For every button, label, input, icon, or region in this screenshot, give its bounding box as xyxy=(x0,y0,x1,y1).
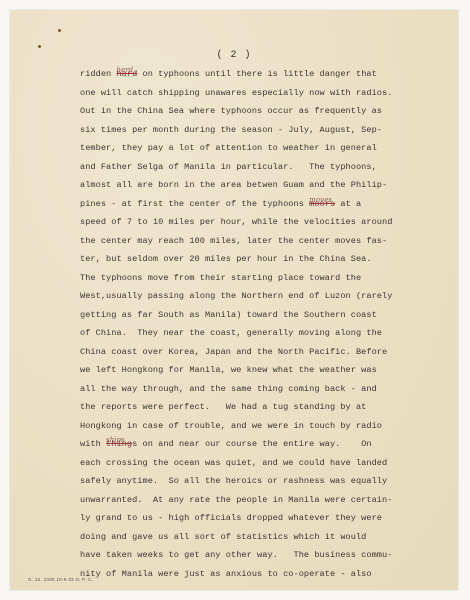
text-line: getting as far South as Manila) toward t… xyxy=(80,306,450,325)
text-segment: with xyxy=(80,439,106,449)
form-footer-code: G. 32. 1000 10-8-33 N. P. C. xyxy=(28,577,93,582)
text-line: pines - at first the center of the typho… xyxy=(80,195,450,214)
text-line: tember, they pay a lot of attention to w… xyxy=(80,139,450,158)
text-line: the reports were perfect. We had a tug s… xyxy=(80,398,450,417)
text-line: with thingshipss on and near our course … xyxy=(80,435,450,454)
struck-word: moorsmoves xyxy=(309,199,335,209)
text-line: the center may reach 100 miles, later th… xyxy=(80,232,450,251)
text-line: Hongkong in case of trouble, and we were… xyxy=(80,417,450,436)
text-line: Out in the China Sea where typhoons occu… xyxy=(80,102,450,121)
text-segment: on typhoons until there is little danger… xyxy=(137,69,377,79)
text-line: safely anytime. So all the heroics or ra… xyxy=(80,472,450,491)
typewritten-body: ridden hardherd on typhoons until there … xyxy=(80,65,450,583)
text-line: The typhoons move from their starting pl… xyxy=(80,269,450,288)
handwritten-correction: herd xyxy=(116,61,133,80)
page-number: ( 2 ) xyxy=(10,50,458,61)
struck-word: hardherd xyxy=(116,69,137,79)
text-line: unwarranted. At any rate the people in M… xyxy=(80,491,450,510)
text-line: six times per month during the season - … xyxy=(80,121,450,140)
text-line: ridden hardherd on typhoons until there … xyxy=(80,65,450,84)
text-line: ter, but seldom over 20 miles per hour i… xyxy=(80,250,450,269)
handwritten-correction: moves xyxy=(309,191,332,210)
text-line: we left Hongkong for Manila, we knew wha… xyxy=(80,361,450,380)
text-segment: ridden xyxy=(80,69,116,79)
document-page: ( 2 ) ridden hardherd on typhoons until … xyxy=(10,10,458,590)
text-line: almost all are born in the area betwen G… xyxy=(80,176,450,195)
punch-hole-mark xyxy=(58,29,61,32)
text-line: one will catch shipping unawares especia… xyxy=(80,84,450,103)
text-segment: s on and near our course the entire way.… xyxy=(132,439,372,449)
text-line: speed of 7 to 10 miles per hour, while t… xyxy=(80,213,450,232)
struck-word: thingships xyxy=(106,439,132,449)
text-line: have taken weeks to get any other way. T… xyxy=(80,546,450,565)
text-line: West,usually passing along the Northern … xyxy=(80,287,450,306)
text-line: of China. They near the coast, generally… xyxy=(80,324,450,343)
punch-hole-mark xyxy=(38,45,41,48)
text-line: each crossing the ocean was quiet, and w… xyxy=(80,454,450,473)
text-line: nity of Manila were just as anxious to c… xyxy=(80,565,450,584)
text-line: all the way through, and the same thing … xyxy=(80,380,450,399)
text-line: doing and gave us all sort of statistics… xyxy=(80,528,450,547)
text-line: ly grand to us - high officials dropped … xyxy=(80,509,450,528)
text-segment: pines - at first the center of the typho… xyxy=(80,199,309,209)
handwritten-correction: ships xyxy=(106,431,125,450)
text-line: China coast over Korea, Japan and the No… xyxy=(80,343,450,362)
text-line: and Father Selga of Manila in particular… xyxy=(80,158,450,177)
text-segment: at a xyxy=(335,199,361,209)
